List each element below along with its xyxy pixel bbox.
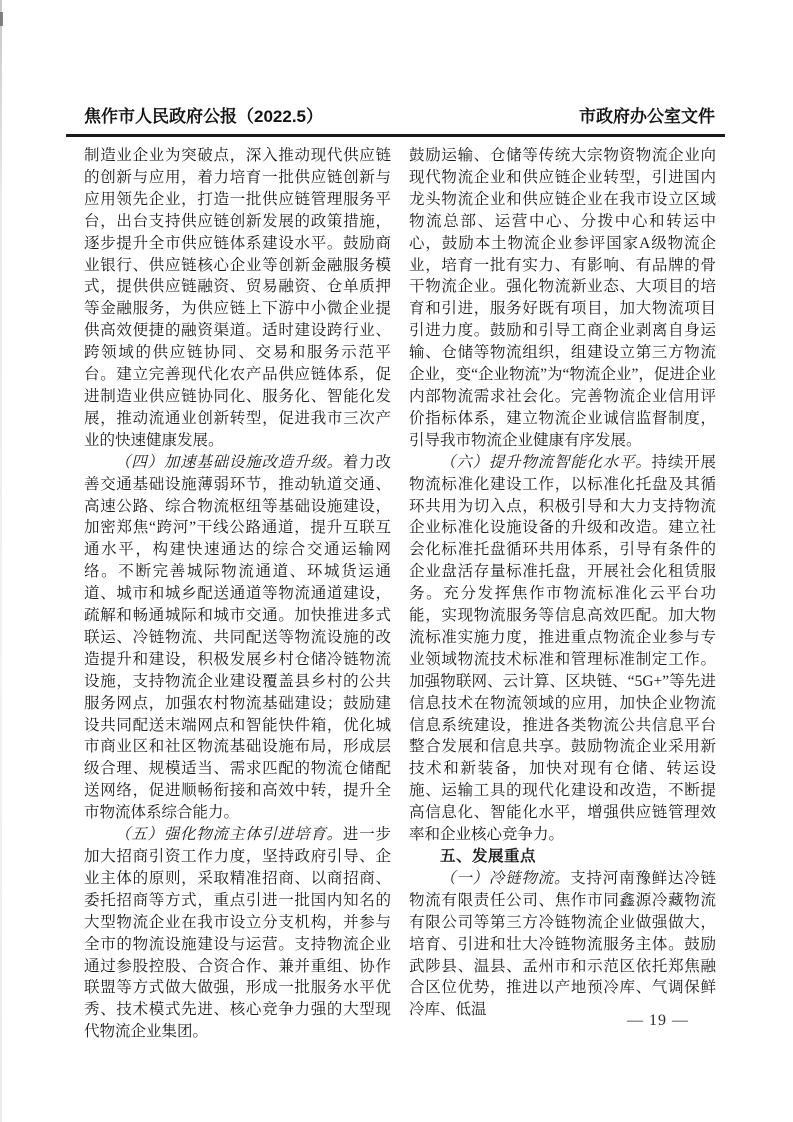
scan-notch-artifact — [0, 12, 3, 26]
section-heading-5: 五、发展重点 — [409, 846, 716, 868]
paragraph-item-4: （四）加速基础设施改造升级。着力改善交通基础设施薄弱环节，推动轨道交通、高速公路… — [84, 452, 391, 824]
gazette-title: 焦作市人民政府公报（2022.5） — [84, 102, 323, 127]
paragraph-continuation: 鼓励运输、仓储等传统大宗物资物流企业向现代物流企业和供应链企业转型，引进国内龙头… — [409, 145, 716, 452]
paragraph-heading: （五）强化物流主体引进培育。 — [115, 826, 343, 843]
paragraph-heading: （四）加速基础设施改造升级。 — [115, 454, 343, 471]
document-category: 市政府办公室文件 — [579, 102, 715, 127]
paragraph-body: 持续开展物流标准化建设工作，以标准化托盘及其循环共用为切入点，积极引导和大力支持… — [409, 454, 716, 843]
paragraph-body: 支持河南豫鲜达冷链物流有限责任公司、焦作市同鑫源冷藏物流有限公司等第三方冷链物流… — [409, 870, 716, 1018]
paragraph-item-6: （六）提升物流智能化水平。持续开展物流标准化建设工作，以标准化托盘及其循环共用为… — [409, 452, 716, 846]
gazette-page: { "header": { "left_title": "焦作市人民政府公报（2… — [0, 0, 793, 1122]
paragraph-item-5: （五）强化物流主体引进培育。进一步加大招商引资工作力度，坚持政府引导、企业主体的… — [84, 824, 391, 1043]
paragraph-body: 进一步加大招商引资工作力度，坚持政府引导、企业主体的原则，采取精准招商、以商招商… — [84, 826, 391, 1040]
paragraph-body: 着力改善交通基础设施薄弱环节，推动轨道交通、高速公路、综合物流枢纽等基础设施建设… — [84, 454, 391, 822]
page-header: 焦作市人民政府公报（2022.5） 市政府办公室文件 — [66, 102, 725, 137]
paragraph-heading: （六）提升物流智能化水平。 — [440, 454, 652, 471]
scan-edge-artifact — [0, 0, 2, 1122]
page-number: — 19 — — [608, 1012, 708, 1030]
paragraph-item-1: （一）冷链物流。支持河南豫鲜达冷链物流有限责任公司、焦作市同鑫源冷藏物流有限公司… — [409, 868, 716, 1021]
paragraph-continuation: 制造业企业为突破点，深入推动现代供应链的创新与应用，着力培育一批供应链创新与应用… — [84, 145, 391, 452]
right-column: 鼓励运输、仓储等传统大宗物资物流企业向现代物流企业和供应链企业转型，引进国内龙头… — [409, 145, 716, 1021]
left-column: 制造业企业为突破点，深入推动现代供应链的创新与应用，着力培育一批供应链创新与应用… — [84, 145, 391, 1043]
paragraph-heading: （一）冷链物流。 — [440, 870, 570, 887]
